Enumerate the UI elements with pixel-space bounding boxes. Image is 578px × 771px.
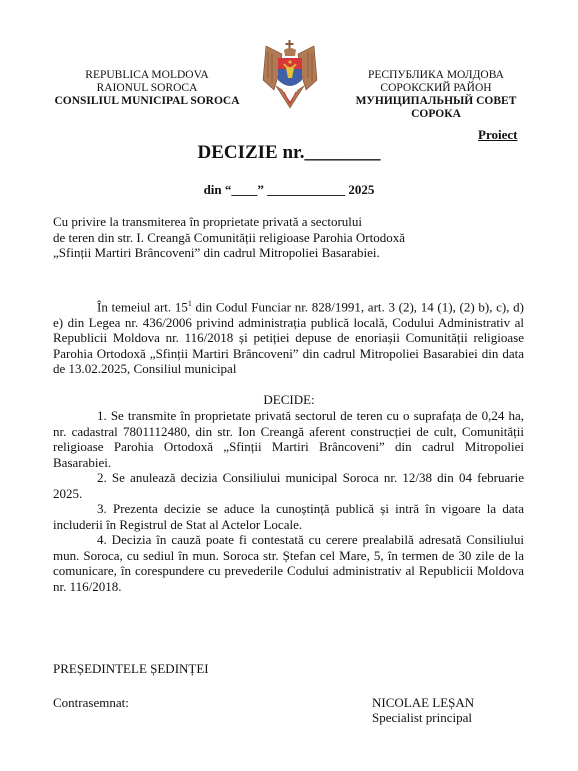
decision-subject: Cu privire la transmiterea în proprietat… [53, 214, 503, 261]
president-label: PREȘEDINTELE ȘEDINȚEI [53, 661, 209, 677]
district-name-ru: СОРОКСКИЙ РАЙОН [336, 82, 536, 95]
council-name-ro: CONSILIUL MUNICIPAL SOROCA [52, 95, 242, 108]
decision-item: 2. Se anulează decizia Consiliului munic… [53, 470, 524, 501]
header-right-russian: РЕСПУБЛИКА МОЛДОВА СОРОКСКИЙ РАЙОН МУНИЦ… [336, 69, 536, 121]
decision-item: 4. Decizia în cauză poate fi contestată … [53, 532, 524, 594]
signer-name: NICOLAE LEȘAN [372, 695, 474, 710]
preamble-text-start: În temeiul art. 15 [97, 299, 188, 314]
decision-item: 3. Prezenta decizie se aduce la cunoștin… [53, 501, 524, 532]
signer-block: NICOLAE LEȘAN Specialist principal [372, 695, 474, 725]
subject-line: de teren din str. I. Creangă Comunității… [53, 230, 503, 246]
decision-preamble: În temeiul art. 151 din Codul Funciar nr… [53, 296, 524, 377]
decision-date-line: din “____” ____________ 2025 [0, 182, 578, 198]
draft-status-label: Proiect [478, 127, 517, 143]
subject-line: „Sfinții Martiri Brâncoveni” din cadrul … [53, 245, 503, 261]
subject-line: Cu privire la transmiterea în proprietat… [53, 214, 503, 230]
district-name-ro: RAIONUL SOROCA [52, 82, 242, 95]
decide-heading: DECIDE: [0, 392, 578, 408]
decision-title: DECIZIE nr.________ [0, 142, 578, 164]
decision-items: 1. Se transmite în proprietate privată s… [53, 408, 524, 594]
country-name-ru: РЕСПУБЛИКА МОЛДОВА [336, 69, 536, 82]
country-name-ro: REPUBLICA MOLDOVA [52, 69, 242, 82]
decision-item: 1. Se transmite în proprietate privată s… [53, 408, 524, 470]
header-left-romanian: REPUBLICA MOLDOVA RAIONUL SOROCA CONSILI… [52, 69, 242, 108]
council-name-ru: МУНИЦИПАЛЬНЫЙ СОВЕТ СОРОКА [336, 95, 536, 121]
signer-title: Specialist principal [372, 710, 474, 725]
coat-of-arms-icon [260, 40, 320, 112]
countersigned-label: Contrasemnat: [53, 695, 129, 711]
